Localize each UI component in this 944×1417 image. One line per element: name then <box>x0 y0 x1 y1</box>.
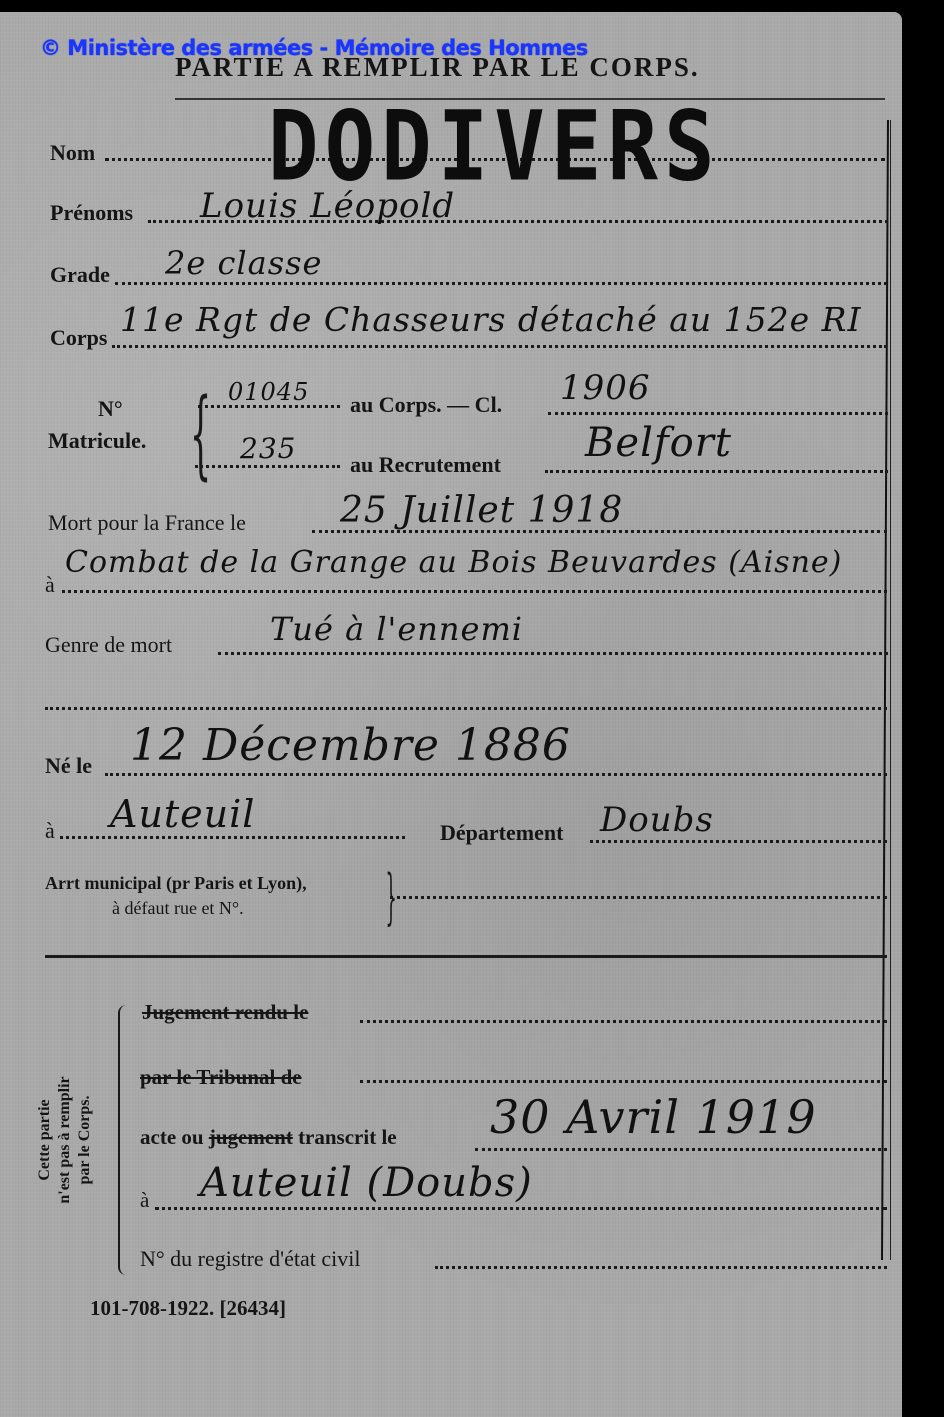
registre-label: N° du registre d'état civil <box>140 1246 360 1272</box>
matricule-recrutement-number: 235 <box>240 432 296 465</box>
lieu-transcrit-label: à <box>140 1188 149 1213</box>
nom-label: Nom <box>50 140 95 166</box>
prenoms-label: Prénoms <box>50 200 133 226</box>
matricule-label-n: N° <box>98 396 123 422</box>
section2-brace <box>118 1005 128 1275</box>
arrondissement-label: Arrt municipal (pr Paris et Lyon), <box>45 873 307 894</box>
corps-label: Corps <box>50 325 107 351</box>
arrondissement-sublabel: à défaut rue et N°. <box>112 898 244 919</box>
lieu-mort-label: à <box>45 572 55 598</box>
side-note: Cette partie n'est pas à remplir par le … <box>35 1040 95 1240</box>
mort-label: Mort pour la France le <box>48 510 246 536</box>
transcrit-label: acte ou jugement transcrit le <box>140 1125 397 1150</box>
transcrit-line <box>475 1148 887 1151</box>
tribunal-label: par le Tribunal de <box>140 1065 302 1090</box>
jugement-line <box>360 1020 887 1023</box>
transcrit-prefix: acte ou <box>140 1125 204 1149</box>
matricule-corps-number: 01045 <box>228 378 309 406</box>
grade-line <box>115 282 887 285</box>
au-corps-label: au Corps. — Cl. <box>350 392 502 418</box>
copyright-watermark: © Ministère des armées - Mémoire des Hom… <box>40 36 588 60</box>
corps-line <box>112 345 887 348</box>
departement-value: Doubs <box>600 800 714 840</box>
classe-line <box>548 412 888 415</box>
genre-mort-label: Genre de mort <box>45 632 172 658</box>
recrutement-line <box>545 470 888 473</box>
matricule-brace: { <box>190 378 211 490</box>
prenoms-value: Louis Léopold <box>200 186 455 226</box>
naissance-label: Né le <box>45 753 92 779</box>
blank-line <box>45 707 887 710</box>
jugement-label: Jugement rendu le <box>142 1000 308 1025</box>
genre-mort-line <box>218 652 888 655</box>
lieu-transcrit-line <box>155 1207 887 1210</box>
naissance-value: 12 Décembre 1886 <box>130 720 571 771</box>
card-edge <box>890 120 891 1260</box>
tribunal-line <box>360 1080 887 1083</box>
recrutement-value: Belfort <box>585 420 732 466</box>
transcrit-value: 30 Avril 1919 <box>490 1090 817 1144</box>
side-note-line: par le Corps. <box>75 1040 95 1240</box>
matricule-recrutement-line <box>195 465 340 468</box>
grade-value: 2e classe <box>165 244 322 282</box>
lieu-transcrit-value: Auteuil (Doubs) <box>200 1160 533 1206</box>
grade-label: Grade <box>50 262 110 288</box>
arrondissement-line <box>390 896 887 899</box>
side-note-line: Cette partie <box>35 1040 55 1240</box>
lieu-naissance-label: à <box>45 818 55 844</box>
classe-value: 1906 <box>560 368 651 408</box>
lieu-mort-value: Combat de la Grange au Bois Beuvardes (A… <box>65 545 842 580</box>
lieu-mort-line <box>62 590 887 593</box>
matricule-label: Matricule. <box>48 428 146 454</box>
mort-value: 25 Juillet 1918 <box>340 490 623 531</box>
print-reference: 101-708-1922. [26434] <box>90 1296 286 1321</box>
registre-line <box>435 1266 887 1269</box>
lieu-naissance-value: Auteuil <box>110 792 255 836</box>
corps-value: 11e Rgt de Chasseurs détaché au 152e RI <box>120 300 862 339</box>
lieu-naissance-line <box>60 836 405 839</box>
au-recrutement-label: au Recrutement <box>350 452 501 478</box>
transcrit-suffix: transcrit le <box>298 1125 397 1149</box>
naissance-line <box>105 773 887 776</box>
departement-label: Département <box>440 820 563 846</box>
genre-mort-value: Tué à l'ennemi <box>270 610 523 648</box>
side-note-line: n'est pas à remplir <box>55 1040 75 1240</box>
section-divider <box>45 955 887 958</box>
departement-line <box>590 840 887 843</box>
transcrit-struck: jugement <box>209 1125 293 1149</box>
